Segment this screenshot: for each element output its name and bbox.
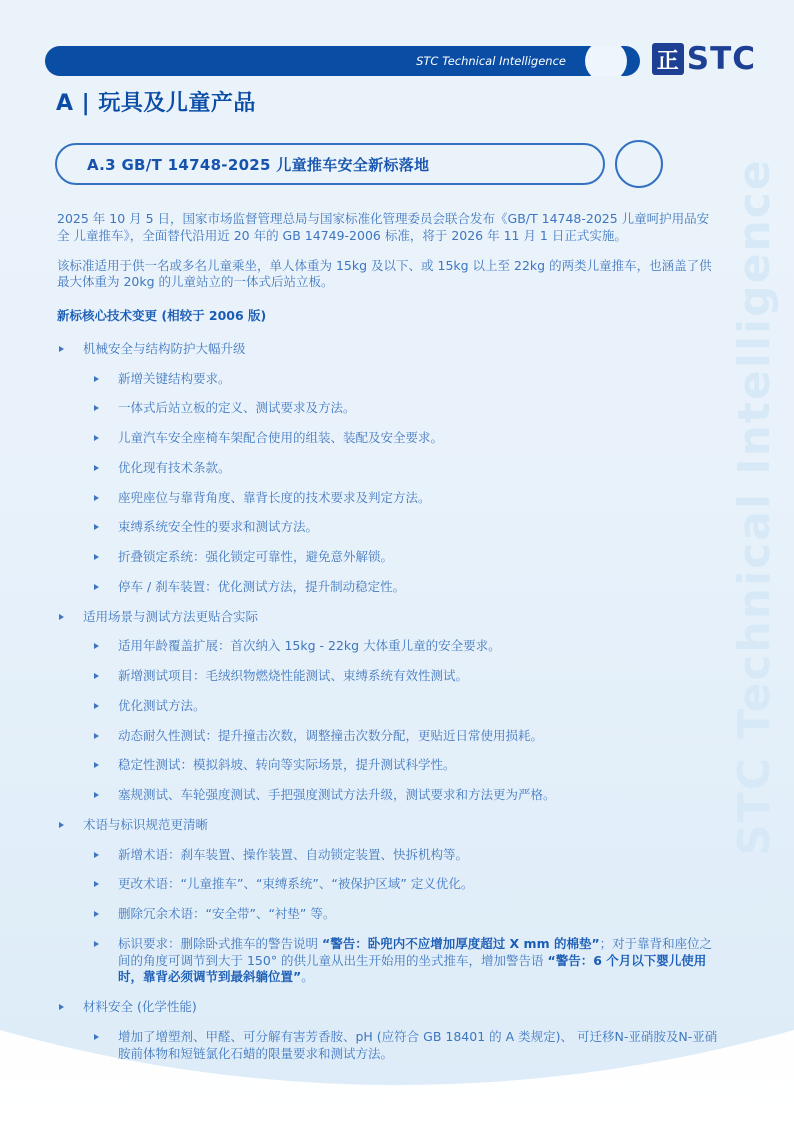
bullet-marker-icon xyxy=(94,524,99,530)
bullet-item: 适用年龄覆盖扩展：首次纳入 15kg - 22kg 大体重儿童的安全要求。 xyxy=(57,638,721,655)
changes-heading: 新标核心技术变更 (相较于 2006 版) xyxy=(57,308,721,325)
header-bar: STC Technical Intelligence xyxy=(45,46,640,76)
stc-logo: 正 STC xyxy=(652,40,756,78)
bullet-item: 新增术语：刹车装置、操作装置、自动锁定装置、快拆机构等。 xyxy=(57,847,721,864)
bullet-text: 儿童汽车安全座椅车架配合使用的组装、装配及安全要求。 xyxy=(118,430,721,447)
bullet-text: 增加了增塑剂、甲醛、可分解有害芳香胺、pH (应符合 GB 18401 的 A … xyxy=(118,1029,721,1063)
bullet-item: 束缚系统安全性的要求和测试方法。 xyxy=(57,519,721,536)
bullet-text: 优化现有技术条款。 xyxy=(118,460,721,477)
bullet-marker-icon xyxy=(94,852,99,858)
bullet-text: 一体式后站立板的定义、测试要求及方法。 xyxy=(118,400,721,417)
bullet-marker-icon xyxy=(94,792,99,798)
bullet-marker-icon xyxy=(94,554,99,560)
bullet-marker-icon xyxy=(59,346,64,352)
bullet-marker-icon xyxy=(94,405,99,411)
bullet-text: 塞规测试、车轮强度测试、手把强度测试方法升级，测试要求和方法更为严格。 xyxy=(118,787,721,804)
bullet-marker-icon xyxy=(94,911,99,917)
bullet-text: 折叠锁定系统：强化锁定可靠性，避免意外解锁。 xyxy=(118,549,721,566)
document-page: STC Technical Intelligence STC Technical… xyxy=(0,0,794,1123)
header-bar-notch xyxy=(585,46,627,76)
bullet-item: 优化测试方法。 xyxy=(57,698,721,715)
bullet-text: 材料安全 (化学性能) xyxy=(83,999,721,1016)
bullet-text: 动态耐久性测试：提升撞击次数，调整撞击次数分配，更贴近日常使用损耗。 xyxy=(118,728,721,745)
bullet-item: 塞规测试、车轮强度测试、手把强度测试方法升级，测试要求和方法更为严格。 xyxy=(57,787,721,804)
bullet-marker-icon xyxy=(94,941,99,947)
paragraph-scope: 该标准适用于供一名或多名儿童乘坐，单人体重为 15kg 及以下、或 15kg 以… xyxy=(57,258,721,292)
bullet-text: 更改术语：“儿童推车”、“束缚系统”、“被保护区域” 定义优化。 xyxy=(118,876,721,893)
bullet-item: 机械安全与结构防护大幅升级 xyxy=(57,341,721,358)
bullet-text: 标识要求：删除卧式推车的警告说明 “警告：卧兜内不应增加厚度超过 X mm 的棉… xyxy=(118,936,721,986)
bullet-item: 折叠锁定系统：强化锁定可靠性，避免意外解锁。 xyxy=(57,549,721,566)
bullet-item: 删除冗余术语：“安全带”、“衬垫” 等。 xyxy=(57,906,721,923)
bullet-text: 术语与标识规范更清晰 xyxy=(83,817,721,834)
paragraph-intro: 2025 年 10 月 5 日，国家市场监督管理总局与国家标准化管理委员会联合发… xyxy=(57,211,721,245)
bullet-marker-icon xyxy=(94,1034,99,1040)
bullet-item: 座兜座位与靠背角度、靠背长度的技术要求及判定方法。 xyxy=(57,490,721,507)
bullet-text: 新增测试项目：毛绒织物燃烧性能测试、束缚系统有效性测试。 xyxy=(118,668,721,685)
watermark-text: STC Technical Intelligence xyxy=(729,188,780,856)
bullet-text: 座兜座位与靠背角度、靠背长度的技术要求及判定方法。 xyxy=(118,490,721,507)
bullet-text: 稳定性测试：模拟斜坡、转向等实际场景，提升测试科学性。 xyxy=(118,757,721,774)
bullet-item: 术语与标识规范更清晰 xyxy=(57,817,721,834)
article-title-row: A.3 GB/T 14748-2025 儿童推车安全新标落地 xyxy=(55,140,663,188)
bullet-item: 新增测试项目：毛绒织物燃烧性能测试、束缚系统有效性测试。 xyxy=(57,668,721,685)
bullet-item: 增加了增塑剂、甲醛、可分解有害芳香胺、pH (应符合 GB 18401 的 A … xyxy=(57,1029,721,1063)
bullet-item: 一体式后站立板的定义、测试要求及方法。 xyxy=(57,400,721,417)
bullet-marker-icon xyxy=(59,822,64,828)
article-title-pill: A.3 GB/T 14748-2025 儿童推车安全新标落地 xyxy=(55,143,605,185)
bullet-text: 束缚系统安全性的要求和测试方法。 xyxy=(118,519,721,536)
bullet-item: 停车 / 刹车装置：优化测试方法，提升制动稳定性。 xyxy=(57,579,721,596)
bullet-marker-icon xyxy=(94,881,99,887)
stc-logo-icon: 正 xyxy=(652,43,684,75)
bullet-marker-icon xyxy=(94,584,99,590)
header-bar-label: STC Technical Intelligence xyxy=(416,46,566,76)
bullet-item: 儿童汽车安全座椅车架配合使用的组装、装配及安全要求。 xyxy=(57,430,721,447)
bullet-item: 适用场景与测试方法更贴合实际 xyxy=(57,609,721,626)
bullet-marker-icon xyxy=(59,614,64,620)
bullet-item: 优化现有技术条款。 xyxy=(57,460,721,477)
section-title: A | 玩具及儿童产品 xyxy=(56,86,256,117)
bullet-item: 稳定性测试：模拟斜坡、转向等实际场景，提升测试科学性。 xyxy=(57,757,721,774)
article-title: A.3 GB/T 14748-2025 儿童推车安全新标落地 xyxy=(87,154,429,175)
bullet-text: 机械安全与结构防护大幅升级 xyxy=(83,341,721,358)
stc-logo-text: STC xyxy=(687,44,756,75)
bullet-text: 新增术语：刹车装置、操作装置、自动锁定装置、快拆机构等。 xyxy=(118,847,721,864)
title-circle-ornament xyxy=(615,140,663,188)
bullet-marker-icon xyxy=(59,1004,64,1010)
bullet-marker-icon xyxy=(94,376,99,382)
bullet-item: 更改术语：“儿童推车”、“束缚系统”、“被保护区域” 定义优化。 xyxy=(57,876,721,893)
bullet-marker-icon xyxy=(94,703,99,709)
bullet-item: 标识要求：删除卧式推车的警告说明 “警告：卧兜内不应增加厚度超过 X mm 的棉… xyxy=(57,936,721,986)
bullet-marker-icon xyxy=(94,673,99,679)
bullet-item: 材料安全 (化学性能) xyxy=(57,999,721,1016)
bullet-text: 停车 / 刹车装置：优化测试方法，提升制动稳定性。 xyxy=(118,579,721,596)
bullet-item: 动态耐久性测试：提升撞击次数，调整撞击次数分配，更贴近日常使用损耗。 xyxy=(57,728,721,745)
bullet-marker-icon xyxy=(94,762,99,768)
bullet-marker-icon xyxy=(94,495,99,501)
bullet-marker-icon xyxy=(94,733,99,739)
article-body: 2025 年 10 月 5 日，国家市场监督管理总局与国家标准化管理委员会联合发… xyxy=(57,211,721,1075)
bullet-text: 优化测试方法。 xyxy=(118,698,721,715)
bullet-marker-icon xyxy=(94,465,99,471)
bullet-marker-icon xyxy=(94,435,99,441)
bullet-text: 适用场景与测试方法更贴合实际 xyxy=(83,609,721,626)
change-list: 机械安全与结构防护大幅升级新增关键结构要求。一体式后站立板的定义、测试要求及方法… xyxy=(57,341,721,1063)
bullet-text: 新增关键结构要求。 xyxy=(118,371,721,388)
bullet-item: 新增关键结构要求。 xyxy=(57,371,721,388)
bullet-marker-icon xyxy=(94,643,99,649)
bullet-text: 删除冗余术语：“安全带”、“衬垫” 等。 xyxy=(118,906,721,923)
bullet-text: 适用年龄覆盖扩展：首次纳入 15kg - 22kg 大体重儿童的安全要求。 xyxy=(118,638,721,655)
